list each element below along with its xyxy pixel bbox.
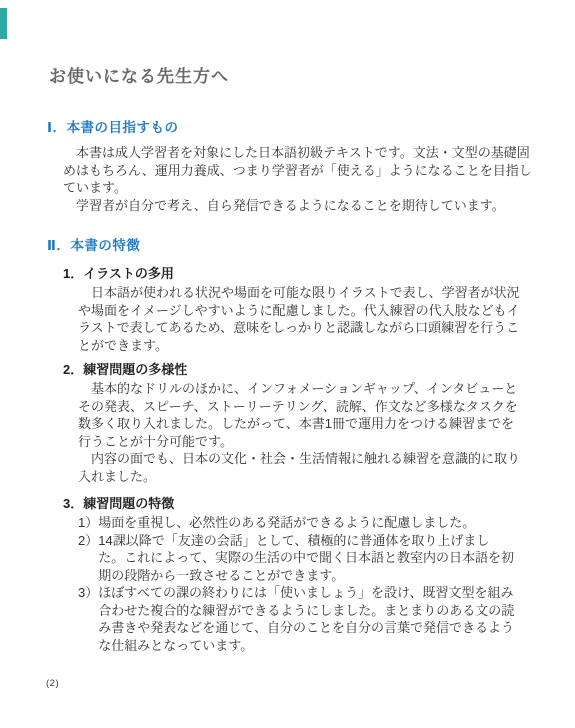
subsection-illustrations: 1．イラストの多用 日本語が使われる状況や場面を可能な限りイラストで表し、学習者… bbox=[63, 266, 575, 654]
list-item-text: ほぼすべての課の終わりには「使いましょう」を設け、既習文型を組み合わせた複合的な… bbox=[98, 584, 515, 654]
list-item: 1） 場面を重視し、必然性のある発話ができるように配慮しました。 bbox=[78, 514, 575, 532]
section-1-paragraph: 学習者が自分で考え、自ら発信できるようになることを期待しています。 bbox=[63, 197, 533, 215]
section-1-heading: Ⅰ．本書の目指すもの bbox=[47, 120, 575, 136]
page-title: お使いになる先生方へ bbox=[49, 66, 575, 88]
list-item-marker: 2） bbox=[78, 532, 98, 550]
subsection-3-title: 3．練習問題の特徴 bbox=[63, 496, 575, 512]
subsection-1-title: 1．イラストの多用 bbox=[63, 266, 575, 282]
teal-edge-marker bbox=[0, 8, 7, 39]
subsection-2-paragraph: 内容の面でも、日本の文化・社会・生活情報に触れる練習を意識的に取り入れました。 bbox=[78, 450, 522, 485]
subsection-2-paragraph: 基本的なドリルのほかに、インフォメーションギャップ、インタビューとその発表、スピ… bbox=[78, 380, 522, 450]
list-item-text: 14課以降で「友達の会話」として、積極的に普通体を取り上げました。これによって、… bbox=[98, 532, 515, 585]
list-item-marker: 1） bbox=[78, 514, 98, 532]
section-2-heading: Ⅱ．本書の特徴 bbox=[47, 238, 575, 254]
list-item: 3） ほぼすべての課の終わりには「使いましょう」を設け、既習文型を組み合わせた複… bbox=[78, 584, 575, 654]
numbered-list: 1） 場面を重視し、必然性のある発話ができるように配慮しました。 2） 14課以… bbox=[78, 514, 575, 654]
subsection-1-paragraph: 日本語が使われる状況や場面を可能な限りイラストで表し、学習者が状況や場面をイメー… bbox=[78, 284, 522, 354]
list-item-text: 場面を重視し、必然性のある発話ができるように配慮しました。 bbox=[98, 514, 515, 532]
book-page: お使いになる先生方へ Ⅰ．本書の目指すもの 本書は成人学習者を対象にした日本語初… bbox=[0, 0, 575, 728]
list-item: 2） 14課以降で「友達の会話」として、積極的に普通体を取り上げました。これによ… bbox=[78, 532, 575, 585]
page-number: (2) bbox=[46, 678, 59, 689]
list-item-marker: 3） bbox=[78, 584, 98, 602]
page-content: お使いになる先生方へ Ⅰ．本書の目指すもの 本書は成人学習者を対象にした日本語初… bbox=[0, 0, 575, 654]
section-1-paragraph: 本書は成人学習者を対象にした日本語初級テキストです。文法・文型の基礎固めはもちろ… bbox=[63, 144, 533, 197]
subsection-2-title: 2．練習問題の多様性 bbox=[63, 362, 575, 378]
